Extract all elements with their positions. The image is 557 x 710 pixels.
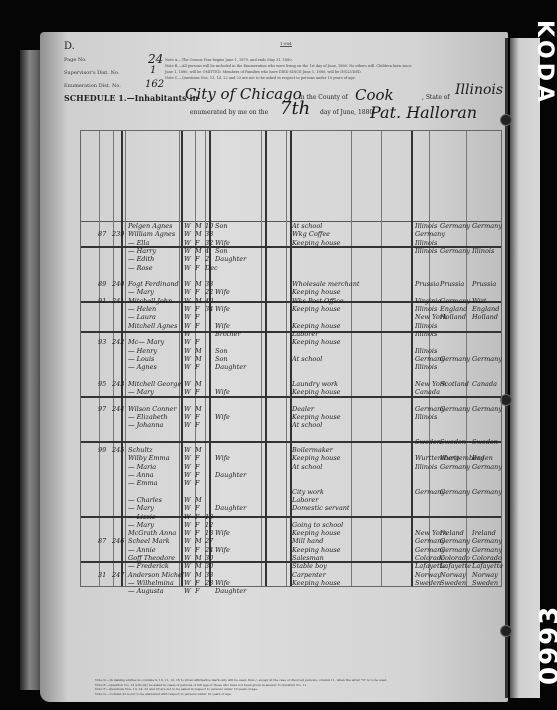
sex: M [195, 222, 202, 230]
person-name: Mitchell John [128, 297, 172, 305]
person-name: — Wilhelmina [128, 579, 174, 587]
race: W [184, 546, 191, 554]
person-name: William Agnes [128, 230, 175, 238]
birthplace: Canada [415, 388, 440, 396]
father-birthplace: Sweden [440, 579, 466, 587]
birthplace: Illinois [415, 247, 437, 255]
age: 18 [205, 513, 213, 521]
mother-birthplace: Germany [472, 546, 502, 554]
race: W [184, 579, 191, 587]
race: W [184, 571, 191, 579]
birthplace: Illinois [415, 322, 437, 330]
person-name: — Elizabeth [128, 413, 168, 421]
binding-line [505, 38, 508, 698]
sex: F [195, 529, 200, 537]
age: 24 [205, 546, 213, 554]
person-name: — Maria [128, 463, 156, 471]
age: 33 [205, 280, 213, 288]
dwelling-number: 91 [98, 297, 106, 305]
occupation: Dealer [292, 405, 314, 413]
person-name: Wilby Emma [128, 454, 170, 462]
occupation: Keeping house [292, 239, 341, 247]
occupation: Carpenter [292, 571, 326, 579]
person-name: — Mary [128, 504, 154, 512]
day-value: 7th [280, 98, 310, 119]
state-value: Illinois [455, 82, 503, 98]
family-number: 240 [112, 280, 124, 288]
occupation: Laundry work [292, 380, 338, 388]
race: W [184, 496, 191, 504]
occupation: At school [292, 421, 322, 429]
father-birthplace: Scotland [440, 380, 469, 388]
father-birthplace: Germany [440, 355, 470, 363]
day-label: day of June, 1880. [320, 109, 375, 116]
sex: M [195, 230, 202, 238]
race: W [184, 247, 191, 255]
sex: M [195, 405, 202, 413]
race: W [184, 380, 191, 388]
state-label: , State of [422, 94, 450, 101]
relationship: Daughter [215, 255, 246, 263]
mother-birthplace: Germany [472, 355, 502, 363]
age: 30 [205, 554, 213, 562]
birthplace: Norway [415, 571, 441, 579]
sex: F [195, 421, 200, 429]
sex: F [195, 363, 200, 371]
dwelling-number: 97 [98, 405, 106, 413]
sex: F [195, 305, 200, 313]
person-name: — Edith [128, 255, 154, 263]
mother-birthplace: Colorado [472, 554, 502, 562]
person-name: Goff Theodore [128, 554, 175, 562]
person-name: Wilson Conner [128, 405, 176, 413]
occupation: Mill hand [292, 537, 323, 545]
dwelling-number: 87 [98, 537, 106, 545]
race: W [184, 230, 191, 238]
occupation: Keeping house [292, 288, 341, 296]
mother-birthplace: Germany [472, 537, 502, 545]
sex: M [195, 537, 202, 545]
birthplace: Germany [415, 230, 445, 238]
sex: M [195, 571, 202, 579]
sex: F [195, 413, 200, 421]
race: W [184, 521, 191, 529]
occupation: Salesman [292, 554, 324, 562]
person-name: Fogt Ferdinand [128, 280, 179, 288]
note-d: Note D.—In making entries in columns 9, … [95, 678, 435, 683]
mother-birthplace: Prussia [472, 280, 496, 288]
mother-birthplace: Germany [472, 463, 502, 471]
age: 27 [205, 537, 213, 545]
birthplace: Prussia [415, 280, 439, 288]
race: W [184, 479, 191, 487]
sex: M [195, 496, 202, 504]
race: W [184, 537, 191, 545]
note-g: Note G.—Column 22 is not to be answered … [95, 692, 435, 697]
sex: M [195, 446, 202, 454]
mother-birthplace: Sweden [472, 579, 498, 587]
sex: F [195, 239, 200, 247]
father-birthplace: Norway [440, 571, 466, 579]
occupation: Keeping house [292, 322, 341, 330]
sex: M [195, 297, 202, 305]
father-birthplace: Germany [440, 297, 470, 305]
person-name: — Frederick [128, 562, 169, 570]
relationship: Wife [215, 239, 230, 247]
person-name: McGrath Anna [128, 529, 176, 537]
mother-birthplace: Wirt [472, 297, 486, 305]
birthplace: Sweden [415, 579, 441, 587]
father-birthplace: Germany [440, 405, 470, 413]
relationship: Wife [215, 305, 230, 313]
mother-birthplace: Holland [472, 313, 498, 321]
father-birthplace: Sweden [440, 438, 466, 446]
sex: F [195, 454, 200, 462]
form-code: 1-084 [280, 41, 292, 47]
enumeration-dist-label: Enumeration Dist. No. [64, 83, 121, 89]
occupation: Keeping house [292, 338, 341, 346]
person-name: — Henry [128, 347, 157, 355]
age: 30 [205, 562, 213, 570]
birthplace: Illinois [415, 222, 437, 230]
enumeration-dist-value: 162 [145, 79, 164, 90]
race: W [184, 288, 191, 296]
birthplace: Illinois [415, 239, 437, 247]
relationship: Daughter [215, 587, 246, 595]
person-name: — Ella [128, 239, 149, 247]
enumerator-signature: Pat. Halloran [370, 103, 477, 122]
age: 22 [205, 288, 213, 296]
sex: F [195, 463, 200, 471]
occupation: At school [292, 222, 322, 230]
mother-birthplace: Germany [472, 405, 502, 413]
family-number: 241 [112, 297, 124, 305]
race: W [184, 322, 191, 330]
page-no-value: 24 [148, 52, 163, 66]
person-name: — Johanna [128, 421, 163, 429]
person-name: — Mary [128, 388, 154, 396]
person-name: — Lizzie [128, 513, 156, 521]
dwelling-number: 87 [98, 230, 106, 238]
person-name: Mc— Mary [128, 338, 164, 346]
supervisor-dist-value: 1 [150, 65, 156, 76]
occupation: At school [292, 463, 322, 471]
enumerated-label: enumerated by me on the [190, 109, 268, 116]
father-birthplace: Ireland [440, 529, 464, 537]
sex: F [195, 513, 200, 521]
sex: F [195, 471, 200, 479]
occupation: Wks Post Office [292, 297, 344, 305]
relationship: Daughter [215, 504, 246, 512]
sex: M [195, 247, 202, 255]
family-number: 245 [112, 446, 124, 454]
race: W [184, 513, 191, 521]
person-name: — Rose [128, 264, 153, 272]
person-name: Pelgen Agnes [128, 222, 173, 230]
occupation: Going to school [292, 521, 343, 529]
father-birthplace: Germany [440, 488, 470, 496]
relationship: Wife [215, 288, 230, 296]
county-value: Cook [355, 86, 394, 104]
person-name: Schultz [128, 446, 153, 454]
occupation: City work [292, 488, 324, 496]
occupation: Keeping house [292, 305, 341, 313]
sex: F [195, 546, 200, 554]
father-birthplace: Germany [440, 247, 470, 255]
person-name: — Harry [128, 247, 156, 255]
occupation: Keeping house [292, 413, 341, 421]
birthplace: Sweden [415, 438, 441, 446]
occupation: Wholesale merchant [292, 280, 360, 288]
family-number: 246 [112, 537, 124, 545]
supervisor-dist-label: Supervisor's Dist. No. [64, 70, 119, 76]
sex: M [195, 554, 202, 562]
sex: M [195, 380, 202, 388]
birthplace: Illinois [415, 363, 437, 371]
person-name: Mitchell Agnes [128, 322, 177, 330]
family-number: 243 [112, 380, 124, 388]
race: W [184, 463, 191, 471]
person-name: — Laura [128, 313, 156, 321]
race: W [184, 280, 191, 288]
person-name: — Mary [128, 521, 154, 529]
race: W [184, 587, 191, 595]
occupation: Keeping house [292, 454, 341, 462]
relationship: Son [215, 347, 228, 355]
person-name: — Emma [128, 479, 158, 487]
age: 10 [205, 222, 213, 230]
schedule-title: SCHEDULE 1.—Inhabitants in [64, 93, 198, 103]
race: W [184, 554, 191, 562]
note-c: Note C.—Questions Nos. 13, 14, 22 and 23… [165, 75, 495, 81]
race: W [184, 405, 191, 413]
relationship: Wife [215, 546, 230, 554]
race: W [184, 347, 191, 355]
mother-birthplace: Germany [472, 488, 502, 496]
father-birthplace: England [440, 305, 467, 313]
race: W [184, 388, 191, 396]
race: W [184, 313, 191, 321]
mother-birthplace: Baden [472, 454, 493, 462]
race: W [184, 297, 191, 305]
sex: F [195, 255, 200, 263]
birthplace: Illinois [415, 413, 437, 421]
film-edge-brand: KODA [537, 20, 557, 170]
birthplace: Virginia [415, 297, 441, 305]
person-name: — Anna [128, 471, 154, 479]
family-number: 247 [112, 571, 124, 579]
father-birthplace: Colorado [440, 554, 470, 562]
sex: F [195, 388, 200, 396]
father-birthplace: Germany [440, 537, 470, 545]
race: W [184, 446, 191, 454]
sex: M [195, 562, 202, 570]
mother-birthplace: Ireland [472, 529, 496, 537]
occupation: Wkg Coffee [292, 230, 330, 238]
race: W [184, 222, 191, 230]
form-notes: Note A.—The Census Year begins June 1, 1… [165, 57, 495, 81]
race: W [184, 363, 191, 371]
relationship: Brother [215, 330, 241, 338]
mother-birthplace: Norway [472, 571, 498, 579]
sex: M [195, 347, 202, 355]
person-name: Anderson Michel [128, 571, 184, 579]
relationship: Son [215, 355, 228, 363]
person-name: — Augusta [128, 587, 164, 595]
family-number: 239 [112, 230, 124, 238]
dwelling-number: 31 [98, 571, 106, 579]
birthplace: Illinois [415, 347, 437, 355]
occupation: Boilermaker [292, 446, 333, 454]
person-name: — Helen [128, 305, 156, 313]
age: 4 [205, 247, 209, 255]
race: W [184, 471, 191, 479]
race: W [184, 355, 191, 363]
race: W [184, 421, 191, 429]
sex: F [195, 322, 200, 330]
father-birthplace: Germany [440, 463, 470, 471]
father-birthplace: Prussia [440, 280, 464, 288]
age: 12 [205, 521, 213, 529]
person-name: — Mary [128, 288, 154, 296]
relationship: Wife [215, 388, 230, 396]
age: 32 [205, 239, 213, 247]
sex: F [195, 479, 200, 487]
mother-birthplace: England [472, 305, 499, 313]
age: 33 [205, 571, 213, 579]
race: W [184, 338, 191, 346]
race: W [184, 264, 191, 272]
occupation: Laborer [292, 496, 318, 504]
dwelling-number: 99 [98, 446, 106, 454]
relationship: Daughter [215, 471, 246, 479]
age: Dec [205, 264, 218, 272]
relationship: Wife [215, 413, 230, 421]
sex: M [195, 280, 202, 288]
mother-birthplace: Lafayette [472, 562, 503, 570]
birthplace: Illinois [415, 305, 437, 313]
dwelling-number: 89 [98, 280, 106, 288]
person-name: Mitchell George [128, 380, 181, 388]
occupation: Keeping house [292, 388, 341, 396]
binding-hole-icon [500, 114, 512, 126]
father-birthplace: Lafayette [440, 562, 471, 570]
person-name: — Agnes [128, 363, 157, 371]
race: W [184, 413, 191, 421]
dwelling-number: 95 [98, 380, 106, 388]
family-number: 242 [112, 338, 124, 346]
page-no-label: Page No. [64, 57, 87, 63]
form-letter: D. [64, 41, 75, 52]
person-name: — Annie [128, 546, 156, 554]
occupation: Keeping house [292, 546, 341, 554]
relationship: Daughter [215, 363, 246, 371]
occupation: Keeping house [292, 579, 341, 587]
family-number: 244 [112, 405, 124, 413]
relationship: Son [215, 247, 228, 255]
occupation: Laborer [292, 330, 318, 338]
relationship: Son [215, 222, 228, 230]
race: W [184, 504, 191, 512]
father-birthplace: Holland [440, 313, 466, 321]
sex: F [195, 587, 200, 595]
race: W [184, 305, 191, 313]
age: 40 [205, 297, 213, 305]
sex: F [195, 288, 200, 296]
age: 18 [205, 529, 213, 537]
relationship: Wife [215, 322, 230, 330]
relationship: Wife [215, 529, 230, 537]
dwelling-number: 93 [98, 338, 106, 346]
race: W [184, 239, 191, 247]
binding-hole-icon [500, 625, 512, 637]
occupation: Stable boy [292, 562, 327, 570]
sex: F [195, 313, 200, 321]
father-birthplace: Germany [440, 546, 470, 554]
sex: F [195, 521, 200, 529]
sex: M [195, 355, 202, 363]
relationship: Wife [215, 454, 230, 462]
occupation: At school [292, 355, 322, 363]
relationship: Wife [215, 579, 230, 587]
age: 2 [205, 255, 209, 263]
age: 28 [205, 579, 213, 587]
age: 34 [205, 305, 213, 313]
birthplace: Illinois [415, 330, 437, 338]
birthplace: Illinois [415, 463, 437, 471]
sex: F [195, 579, 200, 587]
sex: F [195, 504, 200, 512]
footer-notes: Note D.—In making entries in columns 9, … [95, 678, 435, 696]
race: W [184, 562, 191, 570]
sex: F [195, 264, 200, 272]
father-birthplace: Germany [440, 222, 470, 230]
person-name: — Louis [128, 355, 154, 363]
race: W [184, 529, 191, 537]
mother-birthplace: Germany [472, 222, 502, 230]
occupation: Domestic servant [292, 504, 350, 512]
person-name: — Charles [128, 496, 162, 504]
race: W [184, 330, 191, 338]
sex: F [195, 338, 200, 346]
occupation: Keeping house [292, 529, 341, 537]
film-frame-number: 0993 [535, 545, 557, 685]
age: 38 [205, 230, 213, 238]
mother-birthplace: Sweden [472, 438, 498, 446]
table-row: — AugustaWFDaughter [80, 587, 500, 598]
mother-birthplace: Canada [472, 380, 497, 388]
person-name: Scheel Mark [128, 537, 170, 545]
race: W [184, 454, 191, 462]
race: W [184, 255, 191, 263]
mother-birthplace: Illinois [472, 247, 494, 255]
